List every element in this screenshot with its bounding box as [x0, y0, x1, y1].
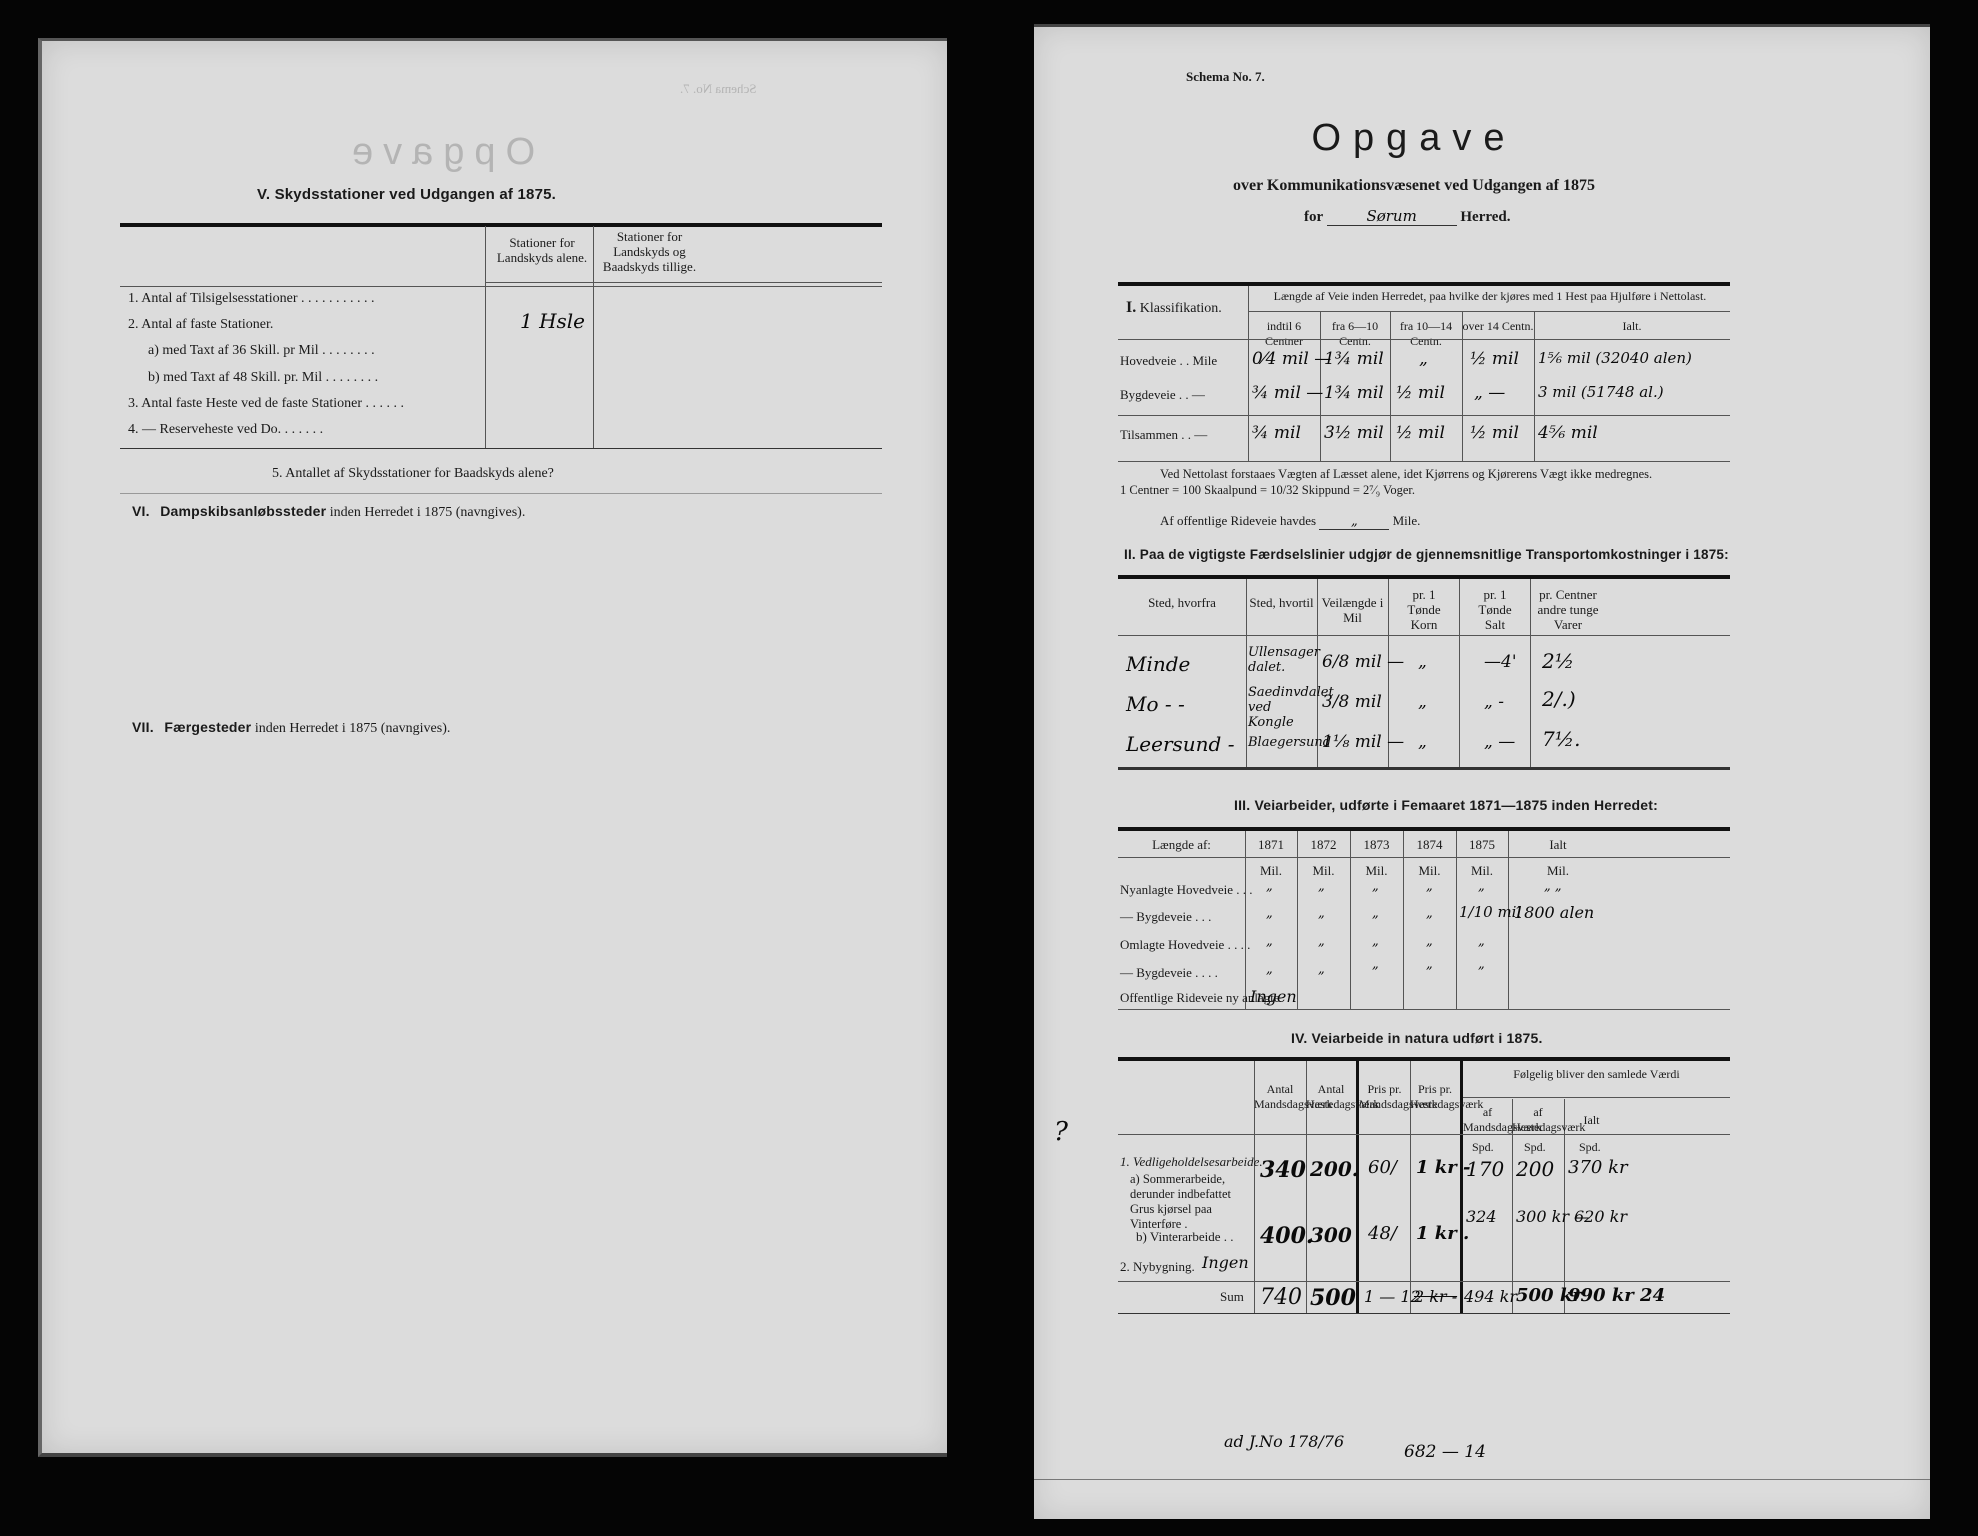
cell: „: [1426, 957, 1433, 972]
section-i-span-header: Længde af Veie inden Herredet, paa hvilk…: [1250, 289, 1730, 304]
tilsammen-val-2: ½ mil: [1396, 423, 1445, 443]
divider: [1118, 1009, 1730, 1010]
cell: 200.: [1310, 1157, 1359, 1181]
divider: [1118, 575, 1730, 579]
section-vi-title: Dampskibsanløbssteder: [160, 503, 326, 519]
question-baadskyds: 5. Antallet af Skydsstationer for Baadsk…: [272, 466, 554, 482]
hovedveie-val-2: „: [1419, 349, 1428, 369]
col-over-14: over 14 Centn.: [1462, 319, 1534, 334]
cell: 500: [1310, 1285, 1356, 1311]
col-header-baadskyds: Stationer for Landskyds og Baadskyds til…: [597, 229, 702, 274]
route-2-andre: 2/.): [1542, 687, 1576, 711]
route-3-to: Blaegersund: [1248, 735, 1331, 750]
col-divider: [593, 226, 594, 448]
section-i-title: Klassifikation.: [1140, 301, 1222, 316]
col-korn: pr. 1 Tønde Korn: [1398, 587, 1450, 632]
divider: [1463, 1097, 1730, 1098]
col-indtil-6: indtil 6 Centner: [1248, 319, 1320, 349]
cell: 2 kr -: [1414, 1287, 1457, 1306]
footer-journal-note: ad J.No 178/76: [1224, 1432, 1344, 1451]
col-6-10: fra 6—10 Centn.: [1320, 319, 1390, 349]
divider: [1118, 339, 1730, 340]
section-iv-title: IV. Veiarbeide in natura udført i 1875.: [1291, 1030, 1543, 1046]
col-header-landskyds: Stationer for Landskyds alene.: [492, 235, 592, 265]
route-1-salt: —4': [1484, 652, 1517, 672]
col-salt: pr. 1 Tønde Salt: [1469, 587, 1521, 632]
tilsammen-val-1: 3½ mil: [1324, 423, 1384, 443]
right-page: Schema No. 7. Opgave over Kommunikations…: [1034, 24, 1930, 1519]
unit-mil: Mil.: [1508, 863, 1608, 878]
route-3-andre: 7½.: [1542, 727, 1580, 751]
bygdeveie-val-0: ¾ mil —: [1252, 383, 1323, 403]
section-vii: VII. Færgesteder inden Herredet i 1875 (…: [132, 719, 450, 737]
col-af-mandsdagsvaerk: af Mandsdagsværk: [1463, 1105, 1512, 1135]
hovedveie-val-0: 0⁄4 mil —: [1252, 349, 1331, 369]
col-antal-hestedagsvaerk: Antal Hestedagsværk: [1306, 1082, 1356, 1112]
divider: [1118, 1057, 1730, 1061]
cell: 1 kr -: [1416, 1157, 1470, 1178]
cell: 1/10 mil: [1459, 903, 1521, 921]
cell: 990 kr 24: [1568, 1285, 1665, 1306]
group-header-vaerdi: Følgelig bliver den samlede Værdi: [1463, 1067, 1730, 1082]
col-divider: [1462, 312, 1463, 462]
ghost-title: Opgave: [342, 131, 535, 174]
route-3-korn: „: [1418, 732, 1427, 752]
cell: „: [1372, 934, 1379, 949]
row-faste-stationer: 2. Antal af faste Stationer.: [128, 317, 273, 333]
cell: „: [1478, 879, 1485, 894]
col-divider: [485, 226, 486, 448]
col-ialt: Ialt: [1508, 837, 1608, 852]
divider: [1118, 1134, 1730, 1135]
cell: 620 kr: [1574, 1207, 1627, 1226]
cell: „: [1372, 906, 1379, 921]
cell: Ingen: [1250, 987, 1297, 1006]
rideveie-unit: Mile.: [1393, 513, 1421, 528]
route-1-length: 6/8 mil —: [1322, 652, 1404, 672]
ghost-schema: Schema No. 7.: [680, 81, 757, 97]
col-andre-varer: pr. Centner andre tunge Varer: [1532, 587, 1604, 632]
section-iii-title: III. Veiarbeider, udførte i Femaaret 187…: [1234, 797, 1658, 813]
divider: [1118, 415, 1730, 416]
col-10-14: fra 10—14 Centn.: [1390, 319, 1462, 349]
cell: „: [1478, 957, 1485, 972]
margin-question-mark: ?: [1054, 1117, 1068, 1147]
for-label: for: [1304, 209, 1323, 225]
route-2-korn: „: [1418, 692, 1427, 712]
section-i-num: I.: [1126, 299, 1136, 316]
section-v-title: V. Skydsstationer ved Udgangen af 1875.: [257, 186, 556, 203]
faste-stationer-value: 1 Hsle: [520, 309, 585, 333]
cell: Ingen: [1202, 1253, 1249, 1272]
cell: „: [1478, 934, 1485, 949]
divider: [1118, 857, 1730, 858]
cell: „: [1372, 957, 1379, 972]
cell: 1800 alen: [1514, 903, 1594, 922]
section-vii-rest: inden Herredet i 1875 (navngives).: [251, 721, 450, 736]
cell: 1 kr .: [1416, 1223, 1469, 1244]
bygdeveie-val-2: ½ mil: [1396, 383, 1445, 403]
tilsammen-val-0: ¾ mil: [1252, 423, 1301, 443]
cell: 400.: [1260, 1223, 1314, 1249]
row-tilsammen: Tilsammen . . —: [1120, 427, 1207, 443]
divider: [485, 282, 882, 283]
row-tilsigelsesstationer: 1. Antal af Tilsigelsesstationer . . . .…: [128, 291, 375, 307]
row-bygdeveie: Bygdeveie . . —: [1120, 387, 1205, 403]
row-nyanlagte-bygdeveie: — Bygdeveie . . .: [1120, 909, 1211, 925]
herred-line: for Sørum Herred.: [1304, 207, 1511, 226]
route-3-from: Leersund -: [1126, 732, 1234, 756]
currency-spd: Spd.: [1524, 1140, 1546, 1155]
col-pris-hestedagsvaerk: Pris pr. Hestedagsværk: [1410, 1082, 1460, 1112]
col-sted-hvortil: Sted, hvortil: [1246, 595, 1317, 610]
cell: „: [1318, 879, 1325, 894]
cell: 1 — 12: [1364, 1287, 1421, 1306]
col-pris-mandsdagsvaerk: Pris pr. Mandsdagsværk: [1359, 1082, 1410, 1112]
footer-number: 682 — 14: [1404, 1442, 1486, 1462]
section-vii-title: Færgesteder: [164, 719, 251, 735]
bygdeveie-val-3: „ —: [1474, 383, 1505, 403]
route-1-to: Ullensager dalet.: [1248, 645, 1316, 675]
rideveie-line: Af offentlige Rideveie havdes „ Mile.: [1160, 513, 1420, 530]
route-3-length: 1⅛ mil —: [1322, 732, 1404, 752]
col-af-hestedagsvaerk: af Hestedagsværk: [1512, 1105, 1564, 1135]
bygdeveie-val-ialt: 3 mil (51748 al.): [1538, 383, 1664, 401]
divider: [1118, 767, 1730, 770]
col-divider: [1248, 286, 1249, 462]
note-nettolast: Ved Nettolast forstaaes Vægten af Læsset…: [1160, 467, 1652, 482]
col-1875: 1875: [1456, 837, 1508, 852]
cell: „: [1318, 962, 1325, 977]
route-2-salt: „ -: [1484, 692, 1504, 712]
note-centner: 1 Centner = 100 Skaalpund = 10/32 Skippu…: [1120, 483, 1415, 498]
cell: „: [1266, 962, 1273, 977]
row-taxt-48: b) med Taxt af 48 Skill. pr. Mil . . . .…: [148, 370, 378, 386]
rideveie-label: Af offentlige Rideveie havdes: [1160, 513, 1316, 528]
section-vi: VI. Dampskibsanløbssteder inden Herredet…: [132, 503, 525, 521]
cell: 170: [1466, 1157, 1504, 1181]
herred-label: Herred.: [1460, 209, 1510, 225]
route-1-from: Minde: [1126, 652, 1190, 676]
tilsammen-val-3: ½ mil: [1470, 423, 1519, 443]
tilsammen-val-ialt: 4⅚ mil: [1538, 423, 1598, 443]
divider: [1118, 635, 1730, 636]
cell: 340: [1260, 1157, 1306, 1183]
col-veilaengde: Veilængde i Mil: [1317, 595, 1388, 625]
row-taxt-36: a) med Taxt af 36 Skill. pr Mil . . . . …: [148, 343, 375, 359]
bygdeveie-val-1: 1¾ mil: [1324, 383, 1384, 403]
col-ialt: Ialt.: [1534, 319, 1730, 334]
route-3-salt: „ —: [1484, 732, 1515, 752]
row-reserveheste: 4. — Reserveheste ved Do. . . . . . .: [128, 422, 323, 438]
cell: 740: [1260, 1285, 1302, 1310]
herred-name: Sørum: [1327, 207, 1457, 226]
row-hovedveie: Hovedveie . . Mile: [1120, 353, 1217, 369]
cell: „: [1426, 934, 1433, 949]
col-sted-hvorfra: Sted, hvorfra: [1118, 595, 1246, 610]
divider: [120, 493, 882, 494]
route-2-to: Saedinvdalet ved Kongle: [1248, 685, 1316, 730]
cell: 60/: [1368, 1157, 1397, 1178]
cell: „: [1426, 879, 1433, 894]
currency-spd: Spd.: [1472, 1140, 1494, 1155]
cell: 200: [1516, 1157, 1554, 1181]
unit-mil: Mil.: [1297, 863, 1350, 878]
route-2-length: 3/8 mil: [1322, 692, 1382, 712]
divider: [1118, 461, 1730, 462]
section-i-label: I. Klassifikation.: [1126, 299, 1222, 317]
section-vii-num: VII.: [132, 719, 154, 735]
divider: [1118, 282, 1730, 286]
hovedveie-val-ialt: 1⅚ mil (32040 alen): [1538, 349, 1692, 367]
col-ialt: Ialt: [1564, 1113, 1619, 1128]
cell: „: [1318, 906, 1325, 921]
section-ii-title: II. Paa de vigtigste Færdselslinier udgj…: [1124, 547, 1729, 562]
left-page: Schema No. 7. Opgave V. Skydsstationer v…: [38, 38, 947, 1457]
col-1872: 1872: [1297, 837, 1350, 852]
route-1-andre: 2½: [1542, 649, 1574, 673]
cell: 324: [1466, 1207, 1497, 1226]
col-divider: [1459, 579, 1460, 769]
divider: [120, 286, 882, 287]
cell: 494 kr: [1464, 1287, 1517, 1306]
cell: „: [1266, 906, 1273, 921]
cell: „ „: [1544, 879, 1562, 894]
cell: 370 kr: [1568, 1157, 1628, 1178]
row-vedligeholdelse: 1. Vedligeholdelsesarbeide.: [1120, 1154, 1263, 1170]
page-fold-line: [1034, 1479, 1930, 1480]
document-title: Opgave: [1034, 117, 1794, 160]
col-divider: [1534, 312, 1535, 462]
hovedveie-val-3: ½ mil: [1470, 349, 1519, 369]
row-faste-heste: 3. Antal faste Heste ved de faste Statio…: [128, 396, 404, 412]
schema-number: Schema No. 7.: [1186, 69, 1265, 85]
unit-mil: Mil.: [1403, 863, 1456, 878]
cell: „: [1372, 879, 1379, 894]
row-omlagte-hovedveie: Omlagte Hovedveie . . . .: [1120, 937, 1250, 953]
col-1874: 1874: [1403, 837, 1456, 852]
hovedveie-val-1: 1¾ mil: [1324, 349, 1384, 369]
section-vi-rest: inden Herredet i 1875 (navngives).: [326, 505, 525, 520]
divider: [1118, 1281, 1730, 1282]
row-sommerarbeide: a) Sommerarbeide, derunder indbefattet G…: [1130, 1172, 1250, 1232]
row-sum: Sum: [1220, 1289, 1244, 1305]
col-laengde-af: Længde af:: [1118, 837, 1245, 852]
unit-mil: Mil.: [1350, 863, 1403, 878]
row-vinterarbeide: b) Vinterarbeide . .: [1136, 1229, 1234, 1245]
cell: „: [1266, 934, 1273, 949]
rideveie-value: „: [1319, 514, 1389, 530]
col-divider: [1530, 579, 1531, 769]
row-omlagte-bygdeveie: — Bygdeveie . . . .: [1120, 965, 1218, 981]
cell: „: [1266, 879, 1273, 894]
cell: „: [1426, 906, 1433, 921]
divider: [120, 448, 882, 449]
divider: [120, 223, 882, 227]
unit-mil: Mil.: [1456, 863, 1508, 878]
col-antal-mandsdagsvaerk: Antal Mandsdagsværk: [1254, 1082, 1306, 1112]
section-vi-num: VI.: [132, 503, 150, 519]
route-1-korn: „: [1418, 652, 1427, 672]
col-1873: 1873: [1350, 837, 1403, 852]
divider: [1118, 827, 1730, 831]
unit-mil: Mil.: [1245, 863, 1297, 878]
route-2-from: Mo - -: [1126, 692, 1185, 716]
cell: 48/: [1368, 1223, 1397, 1244]
document-subtitle: over Kommunikationsvæsenet ved Udgangen …: [1034, 177, 1794, 195]
row-nybygning: 2. Nybygning.: [1120, 1259, 1195, 1275]
cell: 300: [1310, 1223, 1352, 1247]
col-1871: 1871: [1245, 837, 1297, 852]
cell: „: [1318, 934, 1325, 949]
row-nyanlagte-hovedveie: Nyanlagte Hovedveie . . .: [1120, 882, 1252, 898]
currency-spd: Spd.: [1579, 1140, 1601, 1155]
divider: [1118, 1313, 1730, 1314]
